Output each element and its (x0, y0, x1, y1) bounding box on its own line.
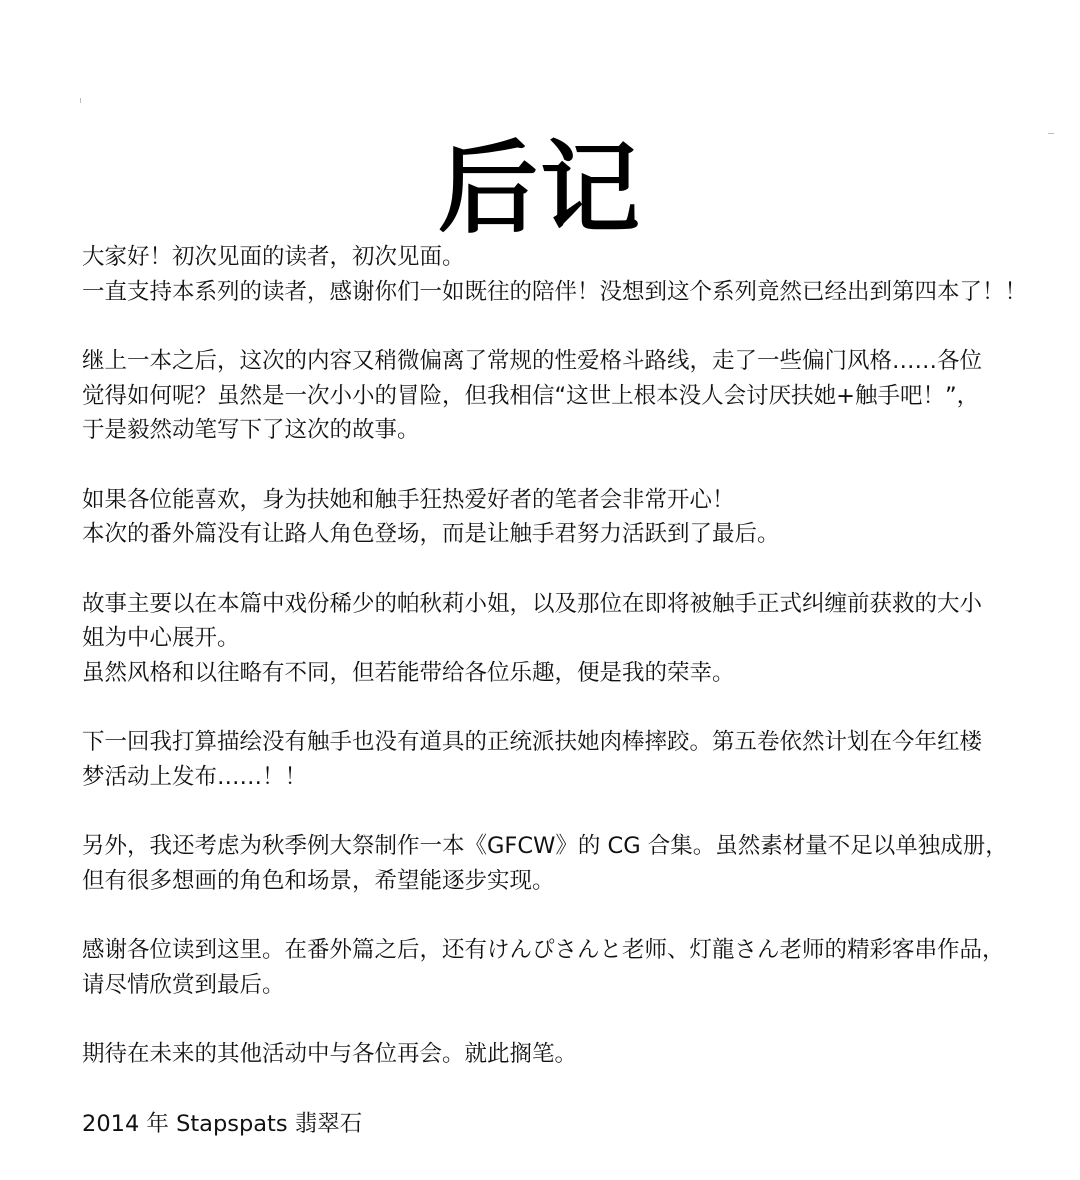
signature: 2014 年 Stapspats 翡翠石 (82, 1107, 1042, 1142)
paragraph-hope: 如果各位能喜欢，身为扶她和触手狂热爱好者的笔者会非常开心！ 本次的番外篇没有让路… (82, 483, 1042, 552)
text-line: 于是毅然动笔写下了这次的故事。 (82, 413, 1042, 448)
text-line: 但有很多想画的角色和场景，希望能逐步实现。 (82, 864, 1042, 899)
paragraph-greeting: 大家好！初次见面的读者，初次见面。 一直支持本系列的读者，感谢你们一如既往的陪伴… (82, 240, 1042, 309)
paragraph-story-direction: 继上一本之后，这次的内容又稍微偏离了常规的性爱格斗路线，走了一些偏门风格……各位… (82, 344, 1042, 448)
text-line: 虽然风格和以往略有不同，但若能带给各位乐趣，便是我的荣幸。 (82, 656, 1042, 691)
text-line: 梦活动上发布……！！ (82, 760, 1042, 795)
paragraph-cg-collection: 另外，我还考虑为秋季例大祭制作一本《GFCW》的 CG 合集。虽然素材量不足以单… (82, 829, 1042, 898)
text-line: 一直支持本系列的读者，感谢你们一如既往的陪伴！没想到这个系列竟然已经出到第四本了… (82, 275, 1042, 310)
paragraph-next-volume: 下一回我打算描绘没有触手也没有道具的正统派扶她肉棒摔跤。第五卷依然计划在今年红楼… (82, 725, 1042, 794)
afterword-page: 后记 大家好！初次见面的读者，初次见面。 一直支持本系列的读者，感谢你们一如既往… (0, 0, 1080, 1180)
text-line: 请尽情欣赏到最后。 (82, 968, 1042, 1003)
paragraph-thanks: 感谢各位读到这里。在番外篇之后，还有けんぴさんと老师、灯龍さん老师的精彩客串作品… (82, 933, 1042, 1002)
text-line: 另外，我还考虑为秋季例大祭制作一本《GFCW》的 CG 合集。虽然素材量不足以单… (82, 829, 1042, 864)
text-line: 姐为中心展开。 (82, 621, 1042, 656)
text-line: 继上一本之后，这次的内容又稍微偏离了常规的性爱格斗路线，走了一些偏门风格……各位 (82, 344, 1042, 379)
text-line: 本次的番外篇没有让路人角色登场，而是让触手君努力活跃到了最后。 (82, 517, 1042, 552)
text-line: 下一回我打算描绘没有触手也没有道具的正统派扶她肉棒摔跤。第五卷依然计划在今年红楼 (82, 725, 1042, 760)
paragraph-closing: 期待在未来的其他活动中与各位再会。就此搁笔。 (82, 1037, 1042, 1072)
page-title: 后记 (0, 129, 1080, 249)
text-line: 故事主要以在本篇中戏份稀少的帕秋莉小姐，以及那位在即将被触手正式纠缠前获救的大小 (82, 587, 1042, 622)
signature-text: 2014 年 Stapspats 翡翠石 (82, 1107, 1042, 1142)
afterword-body: 大家好！初次见面的读者，初次见面。 一直支持本系列的读者，感谢你们一如既往的陪伴… (82, 240, 1042, 1176)
text-line: 大家好！初次见面的读者，初次见面。 (82, 240, 1042, 275)
text-line: 感谢各位读到这里。在番外篇之后，还有けんぴさんと老师、灯龍さん老师的精彩客串作品… (82, 933, 1042, 968)
text-line: 觉得如何呢？虽然是一次小小的冒险，但我相信“这世上根本没人会讨厌扶她+触手吧！”… (82, 379, 1042, 414)
text-line: 期待在未来的其他活动中与各位再会。就此搁笔。 (82, 1037, 1042, 1072)
scan-artifact (80, 98, 81, 103)
paragraph-story-focus: 故事主要以在本篇中戏份稀少的帕秋莉小姐，以及那位在即将被触手正式纠缠前获救的大小… (82, 587, 1042, 691)
text-line: 如果各位能喜欢，身为扶她和触手狂热爱好者的笔者会非常开心！ (82, 483, 1042, 518)
